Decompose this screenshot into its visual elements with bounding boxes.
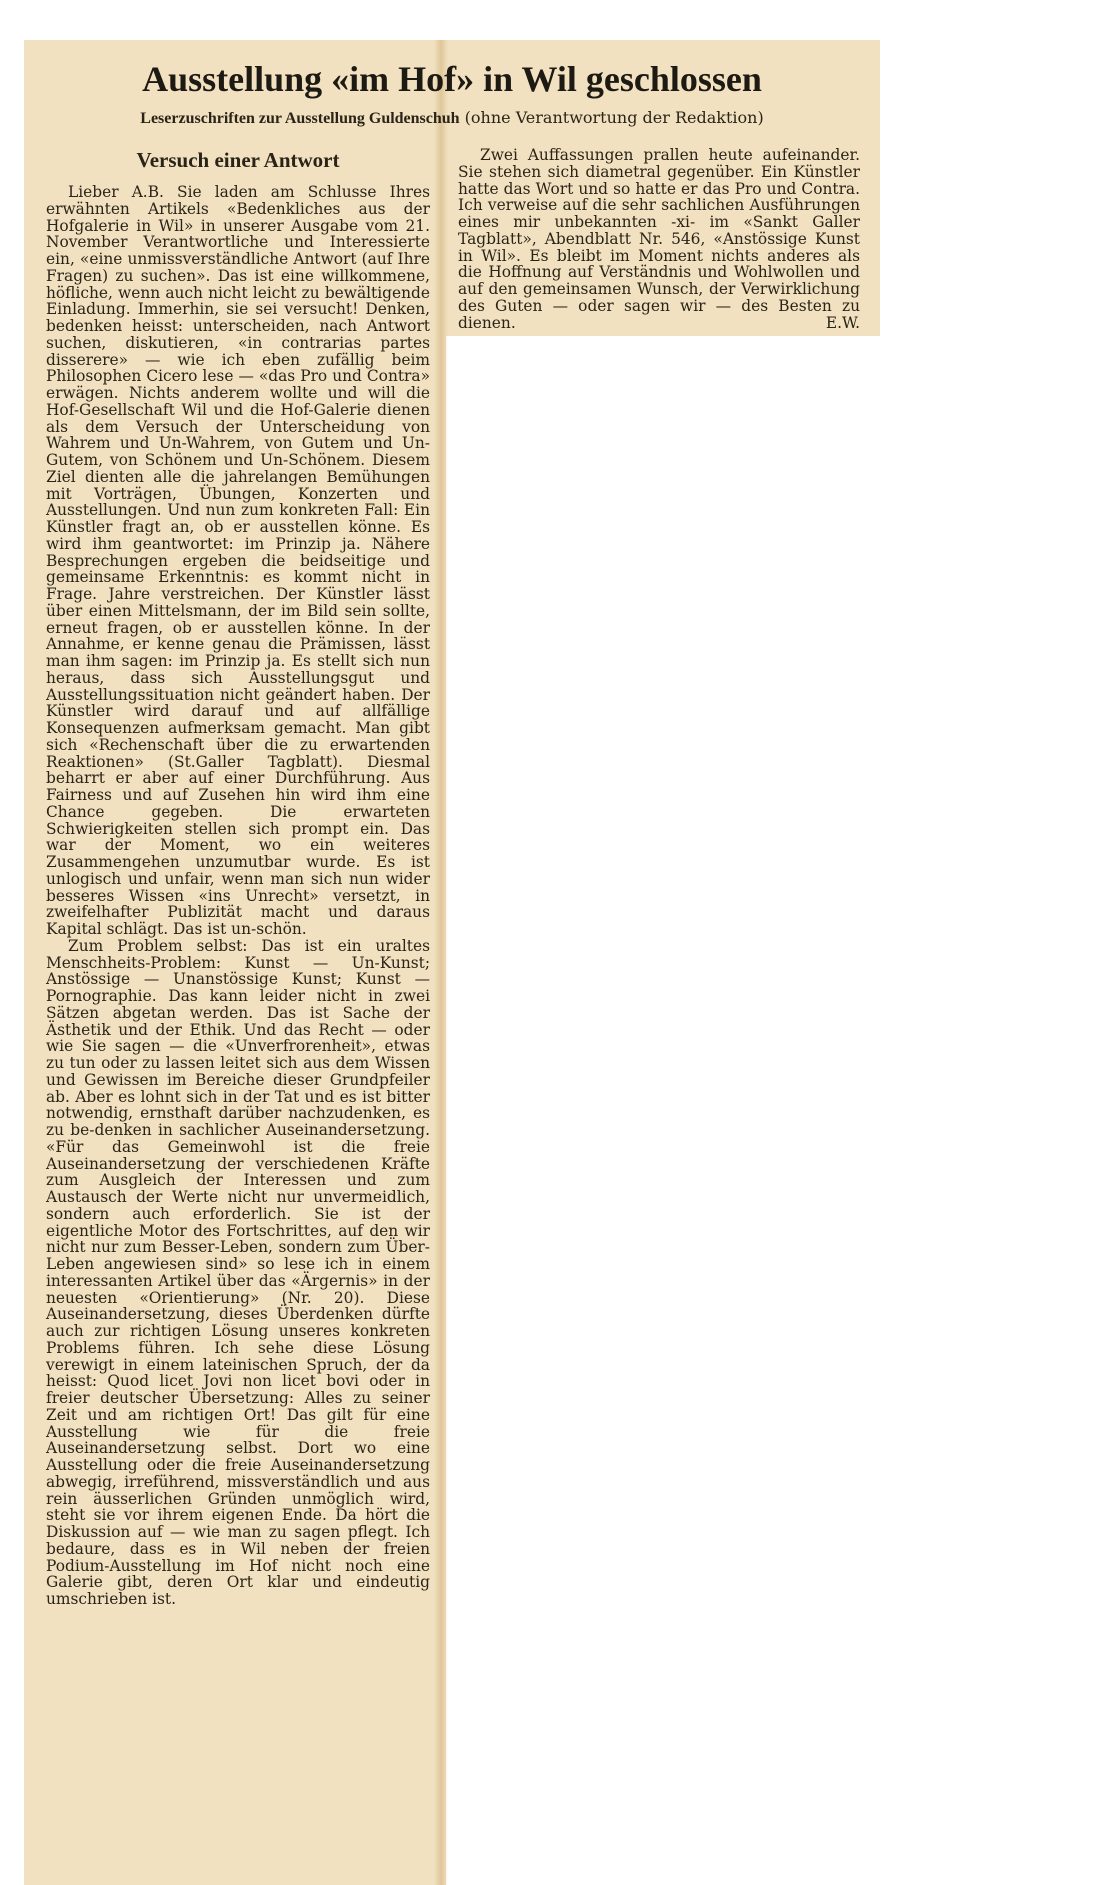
letter-paragraph: Zum Problem selbst: Das ist ein uraltes … [46, 938, 430, 1608]
reply-text: Zwei Auffassungen prallen heute aufeinan… [458, 146, 860, 332]
signature: E.W. [804, 315, 860, 332]
reply-body: Zwei Auffassungen prallen heute aufeinan… [458, 147, 860, 331]
letter-title: Versuch einer Antwort [46, 148, 430, 173]
paper-fold [434, 40, 448, 1885]
headline: Ausstellung «im Hof» in Wil geschlossen [24, 58, 880, 100]
subheadline-bold: Leserzuschriften zur Ausstellung Guldens… [140, 110, 459, 127]
reply-paragraph: Zwei Auffassungen prallen heute aufeinan… [458, 147, 860, 331]
subheadline-note: (ohne Verantwortung der Redaktion) [465, 108, 764, 127]
letter-body: Lieber A.B. Sie laden am Schlusse Ihres … [46, 184, 430, 1608]
letter-paragraph: Lieber A.B. Sie laden am Schlusse Ihres … [46, 184, 430, 938]
subheadline: Leserzuschriften zur Ausstellung Guldens… [24, 108, 880, 128]
